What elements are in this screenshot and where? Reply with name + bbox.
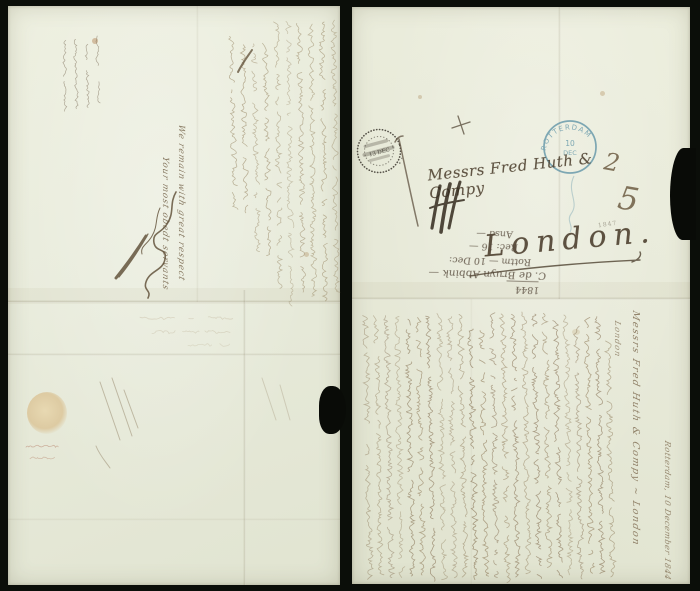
- letter-heading-place: London: [613, 320, 622, 359]
- letter-heading-dateline: Rotterdam, 10 December 1844: [663, 440, 672, 581]
- fold-crease: [352, 297, 690, 300]
- foxing-spot: [304, 252, 309, 257]
- fold-crease: [8, 300, 340, 303]
- docket-year: 1844: [507, 281, 540, 296]
- paper-tear-blob: [319, 386, 346, 434]
- scan-background: We remain with great respect Your most o…: [0, 0, 700, 591]
- fold-crease: [196, 6, 199, 302]
- fold-crease: [243, 290, 246, 585]
- foxing-spot: [600, 91, 605, 96]
- letter-back-panel: [8, 6, 340, 585]
- foxing-spot: [92, 38, 98, 44]
- letter-closing-line: Your most obedt servants: [160, 155, 170, 291]
- foxing-spot: [418, 95, 422, 99]
- letter-closing-line: We remain with great respect: [176, 123, 186, 282]
- wax-seal-stain: [27, 392, 67, 434]
- fold-crease: [8, 353, 340, 356]
- fold-crease: [470, 299, 473, 584]
- fold-crease: [8, 518, 340, 521]
- paper-edge-notch: [670, 148, 696, 240]
- foxing-spot: [572, 329, 580, 335]
- letter-heading-addressee: Messrs Fred Huth & Compy ~ London: [630, 309, 641, 547]
- receiving-docket: 1844 C. de Bruyn Abbink — Rottm — 10 Dec…: [390, 224, 547, 297]
